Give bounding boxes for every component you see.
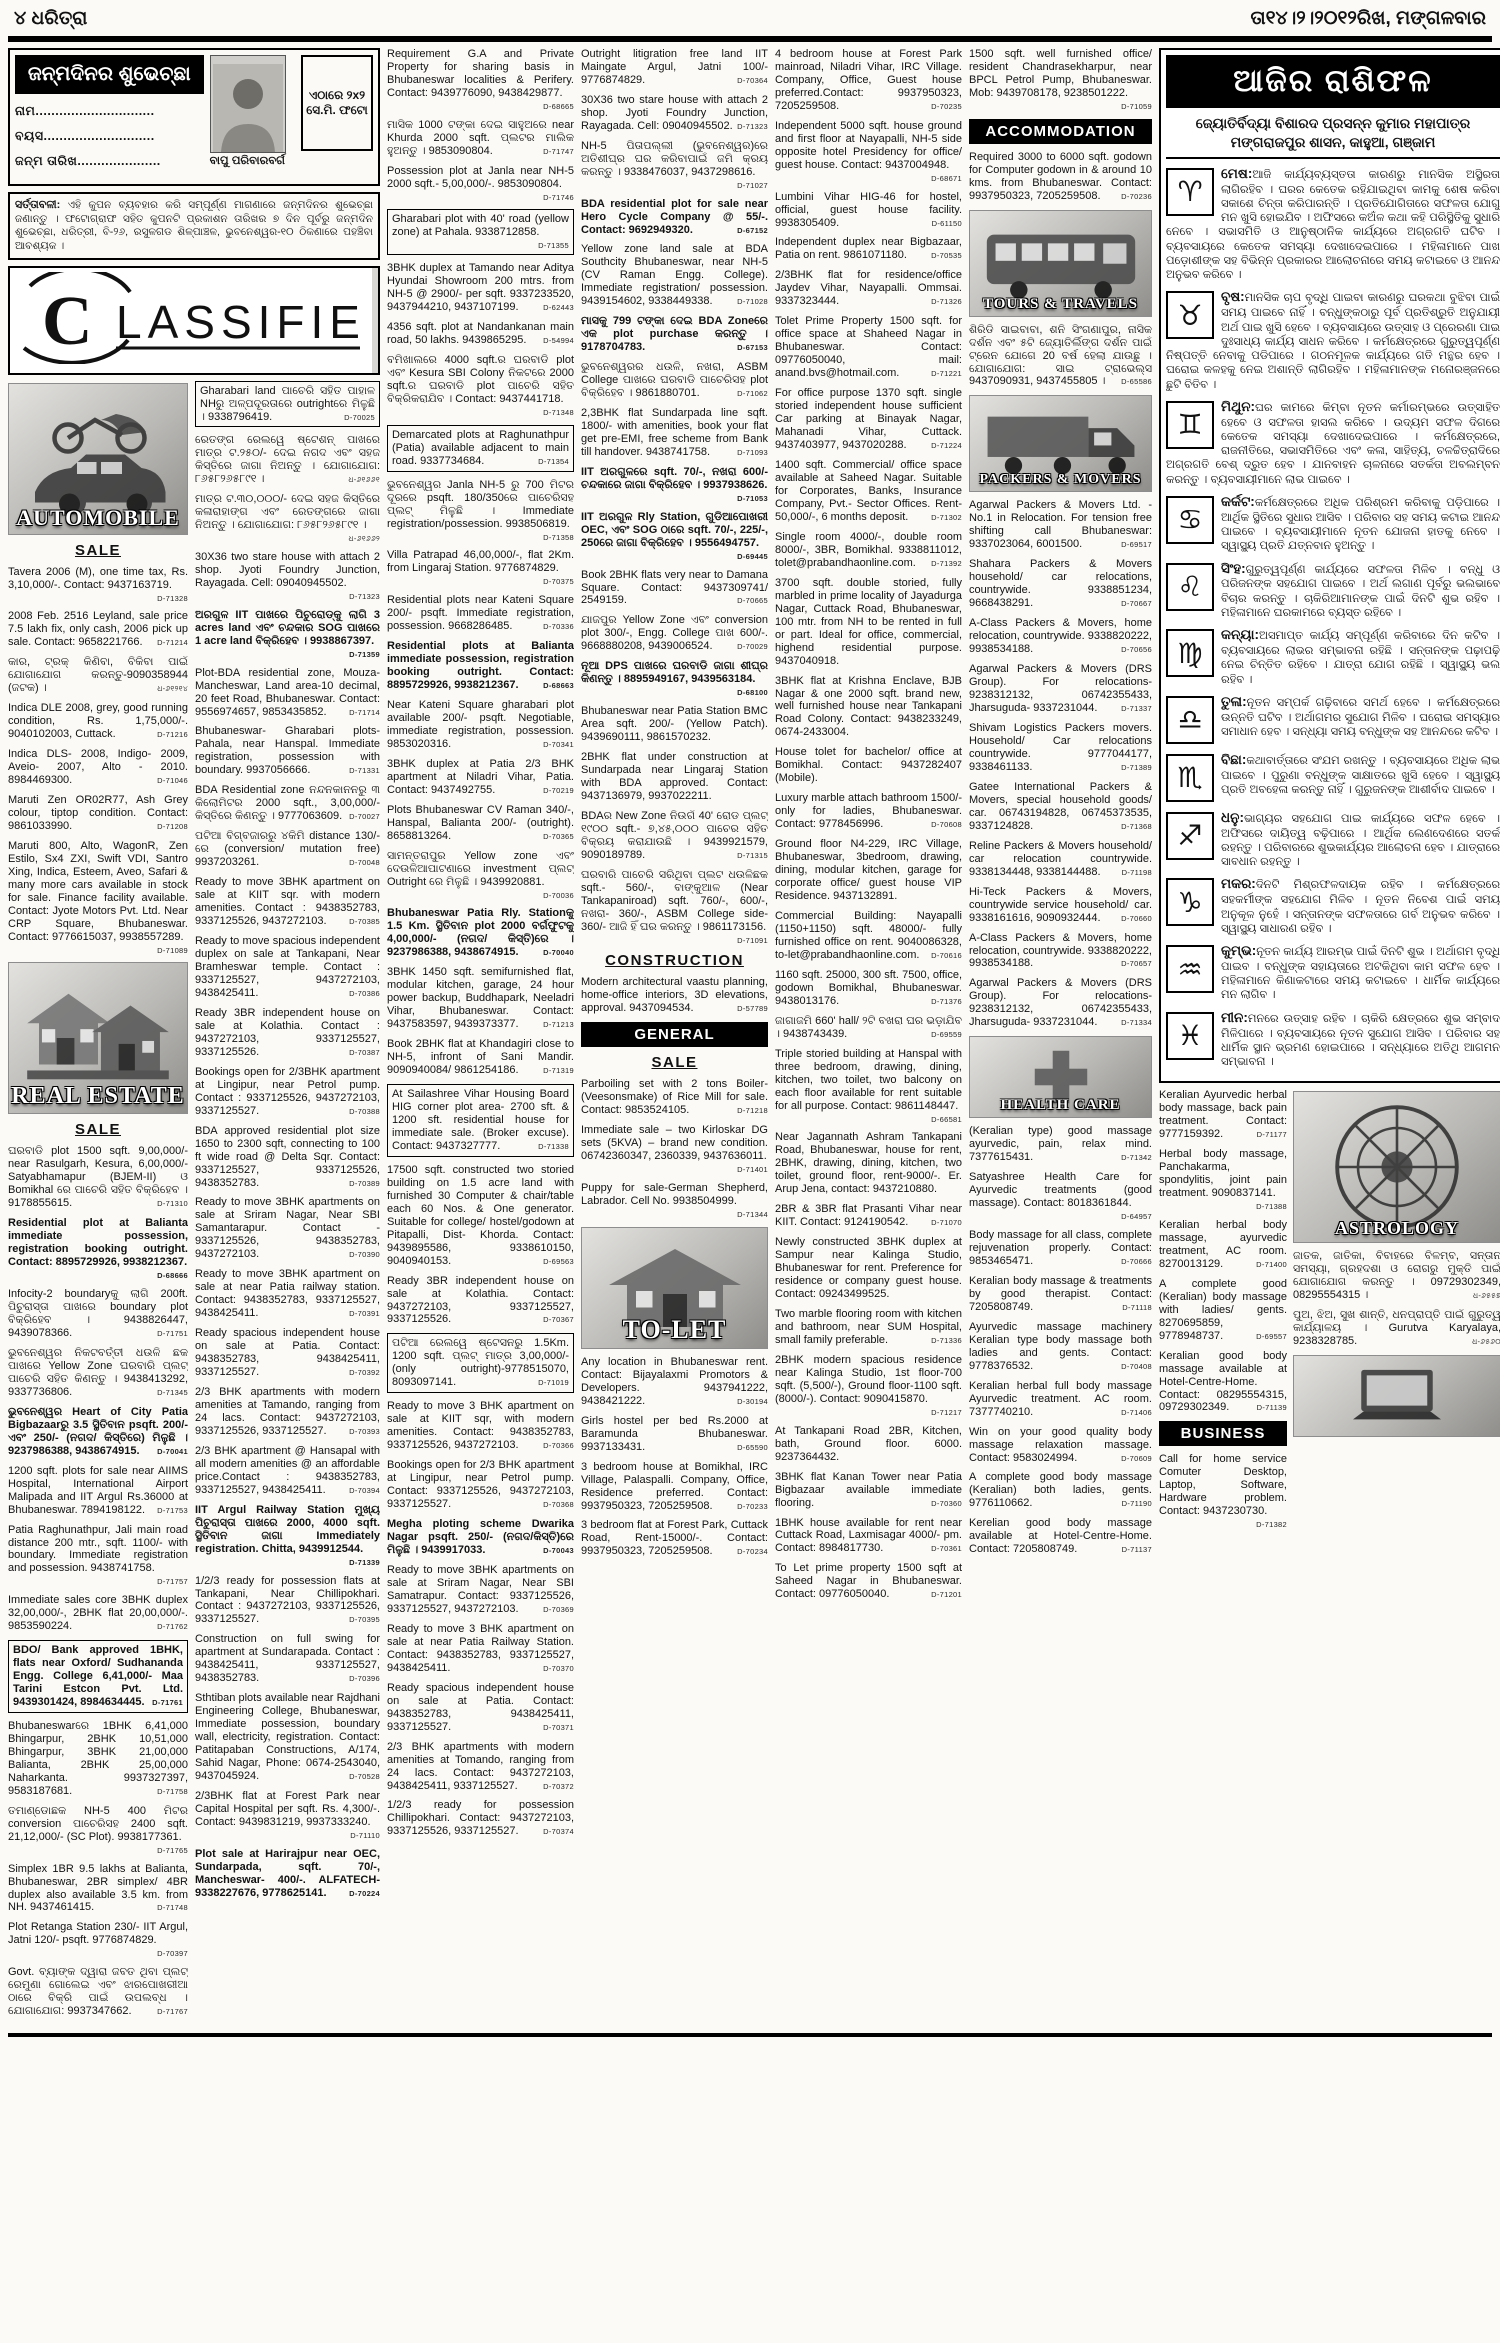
classified-ad: 30X36 two stare house with attach 2 shop… xyxy=(195,551,380,602)
classified-ad: 2BHK modern spacious residence near Kali… xyxy=(775,1354,962,1418)
classified-ad: 1/2/3 ready for possession Chillipokhari… xyxy=(387,1799,574,1838)
ad-code: D-70374 xyxy=(543,1828,574,1837)
ad-code: D-71400 xyxy=(1256,1261,1287,1270)
ad-text: Near Jagannath Ashram Tankapani Road, Bh… xyxy=(775,1131,962,1195)
ad-code: D-69445 xyxy=(737,553,768,562)
ad-code: D-71751 xyxy=(157,1330,188,1339)
horoscope-sign-11: ♒କୁମ୍ଭ:ନୂତନ କାର୍ଯ୍ୟ ଆରମ୍ଭ ପାଇଁ ଦିନଟି ଶୁଭ… xyxy=(1166,943,1500,1003)
ad-code: D-71315 xyxy=(737,852,768,861)
ad-code: D-71354 xyxy=(538,458,569,467)
ad-code: D-65586 xyxy=(1121,378,1152,387)
classified-ad: Tolet Prime Property 1500 sqft. for offi… xyxy=(775,315,962,380)
classified-ad: Ready spacious independent house on sale… xyxy=(195,1327,380,1379)
classified-ad: Puppy for sale-German Shepherd, Labrador… xyxy=(581,1182,768,1220)
ad-text: Maruti 800, Alto, WagonR, Zen Estilo, Sx… xyxy=(8,840,188,943)
ad-code: D-70370 xyxy=(543,1665,574,1674)
classified-ad: Ready to move 3BHK apartments on sale at… xyxy=(387,1564,574,1616)
classified-ad: ରେତଙ୍ଗ ରେଲୱେ ଷ୍ଟେଶନ୍ ପାଖରେ ମାତ୍ର ଟ.୨୫୦/-… xyxy=(195,434,380,486)
ad-code: D-69557 xyxy=(1256,1333,1287,1342)
classified-logo-rest: LASSIFIED xyxy=(116,296,368,348)
section-banner-astrology: ASTROLOGY xyxy=(1293,1091,1500,1243)
ad-code: D-71342 xyxy=(1121,1154,1152,1163)
classified-ad: Residential plot at Balianta immediate p… xyxy=(8,1217,188,1281)
banner-house-icon xyxy=(23,979,173,1097)
classified-ad: Girls hostel per bed Rs.2000 at Baramund… xyxy=(581,1415,768,1454)
classified-ad: Gharabari land ପାଚେରି ସହିତ ପାହାଳ NHରୁ ଅଳ… xyxy=(195,381,380,428)
classified-ad: Bookings open for 2/3BHK apartment at Li… xyxy=(195,1066,380,1118)
column-astrology: ASTROLOGYଜାତକ, ଜାତିକା, ବିବାହରେ ବିଳମ୍ବ, ସ… xyxy=(1293,1089,1500,1444)
ad-code: D-71019 xyxy=(538,1379,569,1388)
sign-text: ଅସମାପ୍ତ କାର୍ଯ୍ୟ ସମ୍ପୂର୍ଣ୍ଣ କରିବାରେ ଦିନ କ… xyxy=(1221,630,1500,685)
ad-code: D-57789 xyxy=(737,1005,768,1014)
classified-ad: Plot-BDA residential zone, Mouza-Manches… xyxy=(195,667,380,719)
classified-ad: Simplex 1BR 9.5 lakhs at Balianta, Bhuba… xyxy=(8,1863,188,1915)
ad-text: Newly constructed 3BHK duplex at Sampur … xyxy=(775,1236,962,1300)
ad-code: D-71382 xyxy=(1256,1521,1287,1530)
ad-code: D-71027 xyxy=(737,182,768,191)
ad-code: D-71059 xyxy=(1121,103,1152,112)
sign-name: କୁମ୍ଭ: xyxy=(1221,943,1256,958)
classified-ad: Bhubaneswar near Patia Station BMC Area … xyxy=(581,705,768,744)
ad-code: D-70616 xyxy=(931,952,962,961)
horoscope-sign-8: ♏ବିଛା:କଥାବାର୍ତ୍ତାରେ ସଂଯମ ରଖନ୍ତୁ । ବ୍ୟବସା… xyxy=(1166,752,1500,803)
horoscope-title: ଆଜିର ରାଶିଫଳ xyxy=(1166,55,1500,108)
sign-name: କନ୍ୟା: xyxy=(1221,627,1259,642)
classified-ad: ଜାଗାଜମି 660' hall/ ୨ଟି ବଖରା ଘର ଭଡ଼ାଯିବ ।… xyxy=(775,1015,962,1041)
classified-ad: ଘରବାରି ପାଚେରି ସରିଥିବା ପ୍ଲଟ ଧଉଳିଛକ sqft.-… xyxy=(581,869,768,946)
ad-text: ଅରଗୁଳ IIT ପାଖରେ ପିଚୁରୋଡ୍‌କୁ ଲାଗି 3 acres… xyxy=(195,609,380,647)
column-6: 1500 sqft. well furnished office/ reside… xyxy=(969,48,1152,1563)
ad-code: D-70657 xyxy=(1121,960,1152,969)
classified-ad: ଶିରିଡି ସାଇବାବା, ଶନି ସିଂଗଣାପୁର, ନାସିକ ଦର୍… xyxy=(969,324,1152,389)
banner-car-icon xyxy=(23,399,173,519)
ad-code: D-71388 xyxy=(1256,1203,1287,1212)
ad-code: D-71753 xyxy=(157,1507,188,1516)
classified-ad: 1400 sqft. Commercial/ office space avai… xyxy=(775,459,962,524)
classified-ad: Bookings open for 2/3 BHK apartment at L… xyxy=(387,1459,574,1511)
ad-code: D-71070 xyxy=(931,1219,962,1228)
birthday-photo xyxy=(210,55,286,153)
ad-text: ଜାତକ, ଜାତିକା, ବିବାହରେ ବିଳମ୍ବ, ସନ୍ତାନ ସମସ… xyxy=(1293,1250,1500,1301)
ad-code: D-71208 xyxy=(157,823,188,832)
classified-ad: Ready to move spacious independent duple… xyxy=(195,935,380,1000)
ad-text: Residential plot at Balianta immediate p… xyxy=(8,1217,188,1268)
horoscope-sign-4: ♋କର୍କଟ:କର୍ମକ୍ଷେତ୍ରରେ ଅଧିକ ପରିଶ୍ରମ କରିବାକ… xyxy=(1166,494,1500,554)
classified-ad: Ready spacious independent house on sale… xyxy=(387,1682,574,1734)
birthday-coupon-title: ଜନ୍ମଦିନର ଶୁଭେଚ୍ଛା xyxy=(15,55,204,94)
classified-ad: BDAର New Zone ନିଉଗଁ 40' ରୋଡ ପ୍ଲଟ୍ ୧୯୦୦ s… xyxy=(581,810,768,862)
ad-text: Bhubaneswarରେ 1BHK 6,41,000 Bhingarpur, … xyxy=(8,1720,188,1797)
classified-ad: Ready to move 3BHK apartments on sale at… xyxy=(195,1196,380,1261)
classified-ad: 1200 sqft. plots for sale near AIIMS Hos… xyxy=(8,1465,188,1517)
classified-ad: Book 2BHK flats very near to Damana Squa… xyxy=(581,569,768,608)
ad-code: D-71337 xyxy=(1121,705,1152,714)
ad-text: ନୂଆ DPS ପାଖରେ ଘରବାଡି ଜାଗା ଶୀଘ୍ର କିଣନ୍ତୁ … xyxy=(581,660,768,685)
ad-code: D-70389 xyxy=(349,1180,380,1189)
banner-label: PACKERS & MOVERS xyxy=(970,472,1151,488)
classified-ad: Plots Bhubaneswar CV Raman 340/-, Hanspa… xyxy=(387,804,574,843)
ad-code: D-70224 xyxy=(349,1890,380,1899)
ad-code: ଧ-୬୧୬୬୧ xyxy=(348,476,380,485)
ad-code: D-71765 xyxy=(157,1847,188,1856)
classified-ad: Gharabari plot with 40' road (yellow zon… xyxy=(387,209,574,255)
classified-ad: 4356 sqft. plot at Nandankanan main road… xyxy=(387,321,574,347)
classified-ad: Construction on full swing for apartment… xyxy=(195,1633,380,1685)
ad-text: 1500 sqft. well furnished office/ reside… xyxy=(969,48,1152,99)
classified-ad: Patia Raghunathpur, Jali main road dista… xyxy=(8,1524,188,1588)
classified-ad: Commercial Building: Nayapalli (1150+115… xyxy=(775,910,962,962)
classified-ad: Two marble flooring room with kitchen an… xyxy=(775,1308,962,1347)
classified-ad: Agarwal Packers & Movers Ltd. - No.1 in … xyxy=(969,499,1152,551)
classified-ad: Keralian Ayurvedic herbal body massage, … xyxy=(1159,1089,1287,1141)
ad-code: D-66581 xyxy=(931,1116,962,1125)
ad-text: Satyashree Health Care for Ayurvedic tre… xyxy=(969,1171,1152,1209)
classified-ad: Keralian good body massage available at … xyxy=(1159,1350,1287,1415)
classified-ad: NH-5 ପିତାପଲ୍ଲୀ (ଭୁବନେଶ୍ୱର)ରେ ଅତିଶୀଘ୍ର ଘର… xyxy=(581,140,768,191)
ad-code: D-71110 xyxy=(350,1832,380,1841)
classified-ad: 17500 sqft. constructed two storied buil… xyxy=(387,1164,574,1268)
classified-ad: 2BHK flat under construction at Sundarpa… xyxy=(581,751,768,803)
classified-ad: ବମିଖାଲରେ 4000 sqft.ର ଘରବାଡି plot ଏବଂ Kes… xyxy=(387,354,574,418)
ad-code: D-71028 xyxy=(737,298,768,307)
ad-code: ଧ-୬୫୬୦ xyxy=(1472,1338,1500,1347)
ad-code: D-71118 xyxy=(1122,1304,1152,1313)
classified-ad: 2,3BHK flat Sundarpada line sqft. 1800/-… xyxy=(581,407,768,459)
ad-text: ତମାଣ୍ଡୋଛକ NH-5 400 ମିଟର conversion ପାଚେର… xyxy=(8,1805,188,1843)
zodiac-7-icon: ♎ xyxy=(1166,696,1214,744)
classified-ad: Independent duplex near Bigbazaar, Patia… xyxy=(775,236,962,262)
classified-ad: Demarcated plots at Raghunathpur (Patia)… xyxy=(387,425,574,472)
classified-logo-c: C xyxy=(42,283,93,360)
ad-code: D-71198 xyxy=(1122,869,1152,878)
ad-text: 2BHK modern spacious residence near Kali… xyxy=(775,1354,962,1405)
classified-ad: ମାସକୁ 799 ଟଙ୍କା ଦେଇ BDA Zoneରେ ଏକ plot p… xyxy=(581,315,768,354)
classified-ad: Triple storied building at Hanspal with … xyxy=(775,1048,962,1125)
ad-code: D-71355 xyxy=(538,242,569,251)
ad-code: D-71348 xyxy=(543,409,574,418)
classified-ad: Hi-Teck Packers & Movers, countrywide se… xyxy=(969,886,1152,925)
coupon-age-field[interactable]: ବୟସ............................ xyxy=(15,129,204,144)
ad-code: D-70388 xyxy=(349,1108,380,1117)
classified-ad: A-Class Packers & Movers, home relocatio… xyxy=(969,932,1152,971)
classified-ad: Agarwal Packers & Movers (DRS Group). Fo… xyxy=(969,663,1152,715)
zodiac-8-icon: ♏ xyxy=(1166,754,1214,802)
classified-ad: ଭୁବନେଶ୍ୱର ନିକଟବର୍ତ୍ତୀ ଧଉଳି ଛକ ପାଖରେ Yell… xyxy=(8,1347,188,1399)
ad-code: D-71216 xyxy=(157,731,188,740)
horoscope-sign-1: ♈ମେଷ:ଆଜି କାର୍ଯ୍ୟବ୍ୟସ୍ତତା କାରଣରୁ ମାନସିକ ଅ… xyxy=(1166,166,1500,283)
ad-code: D-70371 xyxy=(543,1724,574,1733)
ad-code: ଧ-୬୧୬୬୨ xyxy=(349,535,380,544)
classified-ad: Keralian herbal full body massage Ayurve… xyxy=(969,1380,1152,1419)
ad-text: House tolet for bachelor/ office at Bomi… xyxy=(775,746,962,784)
classified-ad: Bhubaneswar- Gharabari plots- Pahala, ne… xyxy=(195,725,380,777)
ad-code: D-70235 xyxy=(931,103,962,112)
sign-name: ବିଛା: xyxy=(1221,752,1246,767)
ad-code: D-70386 xyxy=(349,990,380,999)
classified-ad: Herbal body massage, Panchakarma, spondy… xyxy=(1159,1148,1287,1212)
classified-ad: Possession plot at Janla near NH-5 2000 … xyxy=(387,165,574,203)
ad-code: D-71368 xyxy=(1121,823,1152,832)
ad-text: Possession plot at Janla near NH-5 2000 … xyxy=(387,165,574,190)
ad-code: D-68671 xyxy=(931,175,962,184)
ad-code: D-71767 xyxy=(157,2008,188,2017)
classified-ad: Infocity-2 boundaryକୁ ଲାଗି 200ft. ପିଚୁରା… xyxy=(8,1288,188,1340)
classified-ad: Agarwal Packers & Movers (DRS Group). Fo… xyxy=(969,977,1152,1029)
ad-code: D-71757 xyxy=(157,1578,188,1587)
ad-code: D-70043 xyxy=(543,1547,574,1556)
section-banner-tours-travels: TOURS & TRAVELS xyxy=(969,210,1152,317)
ad-code: D-70234 xyxy=(737,1548,768,1557)
ad-code: D-71319 xyxy=(543,1067,574,1076)
coupon-terms: ସର୍ତ୍ତାବଳୀ: ଏହି କୁପନ ବ୍ୟବହାର କରି ସମ୍ପୂର୍… xyxy=(8,192,380,260)
ad-code: D-70392 xyxy=(349,1369,380,1378)
classified-ad: For office purpose 1370 sqft. single sto… xyxy=(775,387,962,452)
ad-text: Sthtiban plots available near Rajdhani E… xyxy=(195,1692,380,1782)
sign-text: କଥାବାର୍ତ୍ତାରେ ସଂଯମ ରଖନ୍ତୁ । ବ୍ୟବସାୟରେ ଅଧ… xyxy=(1221,755,1500,796)
ad-code: D-71224 xyxy=(931,442,962,451)
classified-ad: Body massage for all class, complete rej… xyxy=(969,1229,1152,1268)
classified-ad: Ready to move 3 BHK apartment on sale at… xyxy=(387,1400,574,1452)
ad-code: D-70667 xyxy=(1121,600,1152,609)
banner-label: TOURS & TRAVELS xyxy=(970,296,1151,313)
banner-label: REAL ESTATE xyxy=(9,1083,187,1110)
horoscope-sign-5: ♌ସିଂହ:ଗୁରୁତ୍ୱପୂର୍ଣ୍ଣ କାର୍ଯ୍ୟରେ ସଫଳତା ମିଳ… xyxy=(1166,561,1500,621)
coupon-name-field[interactable]: ନାମ.............................. xyxy=(15,104,204,119)
ad-code: D-71062 xyxy=(737,390,768,399)
zodiac-1-icon: ♈ xyxy=(1166,168,1214,216)
classified-ad: Immediate sale – two Kirloskar DG sets (… xyxy=(581,1124,768,1175)
classified-ad: At Tankapani Road 2BR, Kitchen, bath, Gr… xyxy=(775,1425,962,1464)
ad-code: D-70040 xyxy=(543,949,574,958)
classified-ad: ମାତ୍ର ଟ.୩୦,୦୦୦/- ଦେଇ ସହଜ କିସ୍ତିରେ କଳାରାହ… xyxy=(195,493,380,544)
ad-code: D-71302 xyxy=(931,514,962,523)
sign-name: ମେଷ: xyxy=(1221,166,1252,181)
classified-ad: To Let prime property 1500 sqft at Sahee… xyxy=(775,1562,962,1601)
classified-ad: BDA Residential zone ନନ୍ଦନକାନନରୁ ୩ କିଲୋମ… xyxy=(195,784,380,823)
zodiac-4-icon: ♋ xyxy=(1166,496,1214,544)
left-section: ଜନ୍ମଦିନର ଶୁଭେଚ୍ଛା ନାମ...................… xyxy=(8,48,380,2025)
ad-text: 30X36 two stare house with attach 2 shop… xyxy=(195,551,380,589)
coupon-dob-field[interactable]: ଜନ୍ମ ତାରିଖ..................... xyxy=(15,154,204,169)
ad-text: Ground floor N4-229, IRC Village, Bhuban… xyxy=(775,838,962,902)
classified-ad: ପଟିଆ ବିଗ୍‌ବଜାରରୁ ୪କିମି distance 130/-ରେ … xyxy=(195,830,380,869)
ad-code: D-70219 xyxy=(543,787,574,796)
ad-code: D-71748 xyxy=(157,1904,188,1913)
classified-ad: Single room 4000/-, double room 8000/-, … xyxy=(775,531,962,570)
section-banner-automobile: AUTOMOBILE xyxy=(8,383,188,535)
sign-text: ମାନସିକ ଚାପ ବୃଦ୍ଧି ପାଇବା କାରଣରୁ ଘରକଥା ବୁଝ… xyxy=(1166,292,1500,390)
classified-ad: Ready to move 3BHK apartment on sale at … xyxy=(195,876,380,928)
birthday-coupon: ଜନ୍ମଦିନର ଶୁଭେଚ୍ଛା ନାମ...................… xyxy=(8,48,380,186)
ad-code: D-67152 xyxy=(737,227,768,236)
ad-code: D-70656 xyxy=(1121,646,1152,655)
horoscope-sign-10: ♑ମକର:ଦିନଟି ମିଶ୍ରଫଳଦାୟକ ରହିବ । କର୍ମକ୍ଷେତ୍… xyxy=(1166,876,1500,936)
sign-name: ମିଥୁନ: xyxy=(1221,399,1255,414)
section-subhead: SALE xyxy=(581,1054,768,1071)
ad-code: D-69517 xyxy=(1121,541,1152,550)
coupon-terms-text: ଏହି କୁପନ ବ୍ୟବହାର କରି ସମ୍ପୂର୍ଣ୍ଣ ମାଗଣାରେ … xyxy=(15,199,373,252)
ad-text: Call for home service Comuter Desktop, L… xyxy=(1159,1453,1287,1517)
ad-text: 17500 sqft. constructed two storied buil… xyxy=(387,1164,574,1267)
classified-ad: Shahara Packers & Movers household/ car … xyxy=(969,558,1152,610)
classified-ad: Satyashree Health Care for Ayurvedic tre… xyxy=(969,1171,1152,1222)
classified-ad: Ayurvedic massage machinery Keralian typ… xyxy=(969,1321,1152,1373)
coupon-terms-label: ସର୍ତ୍ତାବଳୀ: xyxy=(15,199,60,211)
classified-ad: At Sailashree Vihar Housing Board HIG co… xyxy=(387,1084,574,1157)
classified-ad: House tolet for bachelor/ office at Bomi… xyxy=(775,746,962,785)
ad-code: D-61150 xyxy=(932,220,962,229)
zodiac-2-icon: ♉ xyxy=(1166,291,1214,339)
classified-ad: Required 3000 to 6000 sqft. godown for C… xyxy=(969,151,1152,203)
ad-code: D-70367 xyxy=(543,1316,574,1325)
sign-text: ମନରେ ଉତ୍ସାହ ରହିବ । ଚାକିରି କ୍ଷେତ୍ରରେ ଶୁଭ … xyxy=(1221,1013,1500,1068)
classified-ad: 2/3 BHK apartments with modern amenities… xyxy=(387,1741,574,1793)
ad-text: ବମିଖାଲରେ 4000 sqft.ର ଘରବାଡି plot ଏବଂ Kes… xyxy=(387,354,574,405)
classified-ad: Immediate sales core 3BHK duplex 32,00,0… xyxy=(8,1594,188,1633)
classified-ad: ଭୁବନେଶ୍ୱର Janla NH-5 ରୁ 700 ମିଟର ଦୂରରେ p… xyxy=(387,479,574,543)
classified-ad: Newly constructed 3BHK duplex at Sampur … xyxy=(775,1236,962,1301)
ad-code: D-71137 xyxy=(1122,1546,1152,1555)
photo-size-box: ଏଠାରେ ୨x୨ ସେ.ମି. ଫଟୋ xyxy=(301,55,373,151)
sign-text: ଭାଗ୍ୟର ସହଯୋଗ ପାଇ କାର୍ଯ୍ୟରେ ସଫଳ ହେବେ । ଅଫ… xyxy=(1221,813,1500,868)
classifieds-grid: ଜନ୍ମଦିନର ଶୁଭେଚ୍ଛା ନାମ...................… xyxy=(8,48,1492,2037)
ad-code: D-71338 xyxy=(538,1143,569,1152)
zodiac-10-icon: ♑ xyxy=(1166,878,1214,926)
ad-code: D-70394 xyxy=(349,1487,380,1496)
section-banner-to-let: TO-LET xyxy=(581,1227,768,1349)
classified-ad: ପଟିଆ ରେଲୱେ ଷ୍ଟେସନରୁ 1.5Km. 1200 sqft. ପ୍… xyxy=(387,1333,574,1393)
classified-ad: Megha ploting scheme Dwarika Nagar psqft… xyxy=(387,1518,574,1557)
classified-ad: IIT Argul Railway Station ମୁଖ୍ୟ ପିଚୁରାସ୍… xyxy=(195,1504,380,1568)
ad-code: D-70372 xyxy=(543,1783,574,1792)
section-subhead: SALE xyxy=(8,542,188,559)
ad-code: ଧ-୬୧୨୧୪ xyxy=(157,685,188,694)
ad-code: D-67153 xyxy=(737,344,768,353)
section-banner-packers-movers: PACKERS & MOVERS xyxy=(969,395,1152,492)
ad-text: ଭୁବନେଶ୍ୱର Janla NH-5 ରୁ 700 ମିଟର ଦୂରରେ p… xyxy=(387,479,574,530)
sign-name: ତୁଳା: xyxy=(1221,694,1247,709)
classified-logo-art: C LASSIFIED xyxy=(12,272,368,364)
classified-ad: 3BHK 1450 sqft. semifurnished flat, modu… xyxy=(387,966,574,1031)
ad-code: D-71214 xyxy=(157,639,188,648)
classified-ad: Keralian herbal body massage, ayurvedic … xyxy=(1159,1219,1287,1271)
ad-text: Patia Raghunathpur, Jali main road dista… xyxy=(8,1524,188,1575)
ad-code: D-71053 xyxy=(737,495,768,504)
horoscope-sign-3: ♊ମିଥୁନ:ଘର କାମରେ କିମ୍ବା ନୂତନ କର୍ମାରମ୍ଭରେ … xyxy=(1166,399,1500,487)
column-massage-business: Keralian Ayurvedic herbal body massage, … xyxy=(1159,1089,1287,1537)
ad-code: D-70361 xyxy=(931,1545,962,1554)
classified-ad: Maruti 800, Alto, WagonR, Zen Estilo, Sx… xyxy=(8,840,188,956)
ad-code: D-70385 xyxy=(349,918,380,927)
banner-label: TO-LET xyxy=(582,1315,767,1345)
classified-ad: Call for home service Comuter Desktop, L… xyxy=(1159,1453,1287,1530)
ad-text: 3700 sqft. double storied, fully marbled… xyxy=(775,577,962,667)
ad-code: D-30194 xyxy=(737,1398,768,1407)
ad-code: D-71758 xyxy=(157,1788,188,1797)
ad-code: D-71746 xyxy=(543,194,574,203)
classified-ad: Shivam Logistics Packers movers. Househo… xyxy=(969,722,1152,774)
ad-code: D-70233 xyxy=(737,1503,768,1512)
classified-logo: C LASSIFIED xyxy=(8,266,380,375)
ad-code: D-71401 xyxy=(737,1166,768,1175)
ad-code: D-70665 xyxy=(737,597,768,606)
zodiac-3-icon: ♊ xyxy=(1166,401,1214,449)
ad-code: D-70336 xyxy=(543,623,574,632)
classified-ad: Ready to move 3 BHK apartment on sale at… xyxy=(387,1623,574,1675)
horoscope-sign-6: ♍କନ୍ୟା:ଅସମାପ୍ତ କାର୍ଯ୍ୟ ସମ୍ପୂର୍ଣ୍ଣ କରିବାର… xyxy=(1166,627,1500,687)
classified-ad: Indica DLE 2008, grey, good running cond… xyxy=(8,702,188,741)
classified-ad: A-Class Packers & Movers, home relocatio… xyxy=(969,617,1152,656)
ad-text: Gharabari plot with 40' road (yellow zon… xyxy=(392,213,569,238)
ad-code: D-71201 xyxy=(931,1591,962,1600)
classified-ad: Ready 3BR independent house on sale at K… xyxy=(195,1007,380,1059)
right-section: ଆଜିର ରାଶିଫଳ ଜ୍ୟୋତିର୍ବିଦ୍ୟା ବିଶାରଦ ପ୍ରସନ୍… xyxy=(1159,48,1500,1537)
newspaper-page: ୪ ଧରିତ୍ରା ତା୧୪।୨।୨୦୧୨ରିଖ, ମଙ୍ଗଳବାର ଜନ୍ମଦ… xyxy=(0,0,1500,2343)
classified-ad: 4 bedroom house at Forest Park mainroad,… xyxy=(775,48,962,113)
ad-code: D-70528 xyxy=(349,1773,380,1782)
sign-text: ନୂତନ ସମ୍ପର୍କ ଗଢ଼ିବାରେ ସମର୍ଥ ହେବେ । କର୍ମକ… xyxy=(1221,697,1500,738)
classified-ad: ପୁଅ, ଝିଅ, ସୁଖ ଶାନ୍ତି, ଧନପ୍ରାପ୍ତି ପାଇଁ ଗୁ… xyxy=(1293,1309,1500,1348)
classified-ad: A complete good (Keralian) body massage … xyxy=(1159,1278,1287,1343)
ad-code: D-71762 xyxy=(157,1623,188,1632)
zodiac-5-icon: ♌ xyxy=(1166,563,1214,611)
ad-code: D-71714 xyxy=(349,709,380,718)
ad-code: D-70366 xyxy=(543,1442,574,1451)
section-header: BUSINESS xyxy=(1159,1421,1287,1446)
ad-text: ଘରବାରି ପାଚେରି ସରିଥିବା ପ୍ଲଟ ଧଉଳିଛକ sqft.-… xyxy=(581,869,768,933)
ad-code: D-64957 xyxy=(1121,1213,1152,1222)
ad-code: D-70609 xyxy=(1121,1455,1152,1464)
classified-ad: ଜାତକ, ଜାତିକା, ବିବାହରେ ବିଳମ୍ବ, ସନ୍ତାନ ସମସ… xyxy=(1293,1250,1500,1302)
column-automobile-realestate: AUTOMOBILESALETavera 2006 (M), one time … xyxy=(8,381,188,2026)
ad-code: D-71339 xyxy=(349,1559,380,1568)
classified-ad: ନୂଆ DPS ପାଖରେ ଘରବାଡି ଜାଗା ଶୀଘ୍ର କିଣନ୍ତୁ … xyxy=(581,660,768,698)
classified-ad: Ready 3BR independent house on sale at K… xyxy=(387,1275,574,1327)
ad-code: D-71046 xyxy=(157,777,188,786)
ad-code: D-71310 xyxy=(157,1200,188,1209)
zodiac-9-icon: ♐ xyxy=(1166,812,1214,860)
ad-text: Independent 5000 sqft. house ground and … xyxy=(775,120,962,171)
banner-truck-icon xyxy=(981,408,1141,480)
sign-name: ବୃଷ: xyxy=(1221,289,1245,304)
section-header: GENERAL xyxy=(581,1022,768,1047)
ad-code: D-68100 xyxy=(737,689,768,698)
classified-ad: ଭୁବନେଶ୍ୱର Heart of City Patia Bigbazaarର… xyxy=(8,1406,188,1458)
classified-ad: Modern architectural vaastu planning, ho… xyxy=(581,976,768,1015)
sign-text: ନୂତନ କାର୍ଯ୍ୟ ଆରମ୍ଭ ପାଇଁ ଦିନଟି ଶୁଭ । ଅର୍ଥ… xyxy=(1221,946,1500,1001)
ad-code: D-71217 xyxy=(931,1409,962,1418)
classified-ad: Residential plots near Kateni Square 200… xyxy=(387,594,574,633)
sign-text: ଆଜି କାର୍ଯ୍ୟବ୍ୟସ୍ତତା କାରଣରୁ ମାନସିକ ଅସ୍ଥିର… xyxy=(1166,169,1500,281)
edition-date: ତା୧୪।୨।୨୦୧୨ରିଖ, ମଙ୍ଗଳବାର xyxy=(1251,8,1486,30)
classified-ad: Yellow zone land sale at BDA Southcity B… xyxy=(581,243,768,308)
ad-text: 2/3BHK flat at Forest Park near Capital … xyxy=(195,1790,380,1828)
horoscope-sign-12: ♓ମୀନ:ମନରେ ଉତ୍ସାହ ରହିବ । ଚାକିରି କ୍ଷେତ୍ରରେ… xyxy=(1166,1010,1500,1070)
classified-ad: Lumbini Vihar HIG-46 for hostel, officia… xyxy=(775,191,962,230)
ad-code: D-71761 xyxy=(152,1699,183,1708)
horoscope-sign-9: ♐ଧନୁ:ଭାଗ୍ୟର ସହଯୋଗ ପାଇ କାର୍ଯ୍ୟରେ ସଫଳ ହେବେ… xyxy=(1166,810,1500,870)
classified-ad: Gatee International Packers & Movers, sp… xyxy=(969,781,1152,833)
ad-code: D-70041 xyxy=(157,1448,188,1457)
ad-code: D-70236 xyxy=(1121,193,1152,202)
ad-code: D-71190 xyxy=(1122,1500,1152,1509)
sign-name: ମକର: xyxy=(1221,876,1256,891)
ad-code: D-71336 xyxy=(931,1337,962,1346)
classified-ad: ତମାଣ୍ଡୋଛକ NH-5 400 ମିଟର conversion ପାଚେର… xyxy=(8,1805,188,1856)
ad-code: D-70364 xyxy=(737,77,768,86)
ad-code: D-68663 xyxy=(543,682,574,691)
classified-ad: Near Jagannath Ashram Tankapani Road, Bh… xyxy=(775,1131,962,1196)
